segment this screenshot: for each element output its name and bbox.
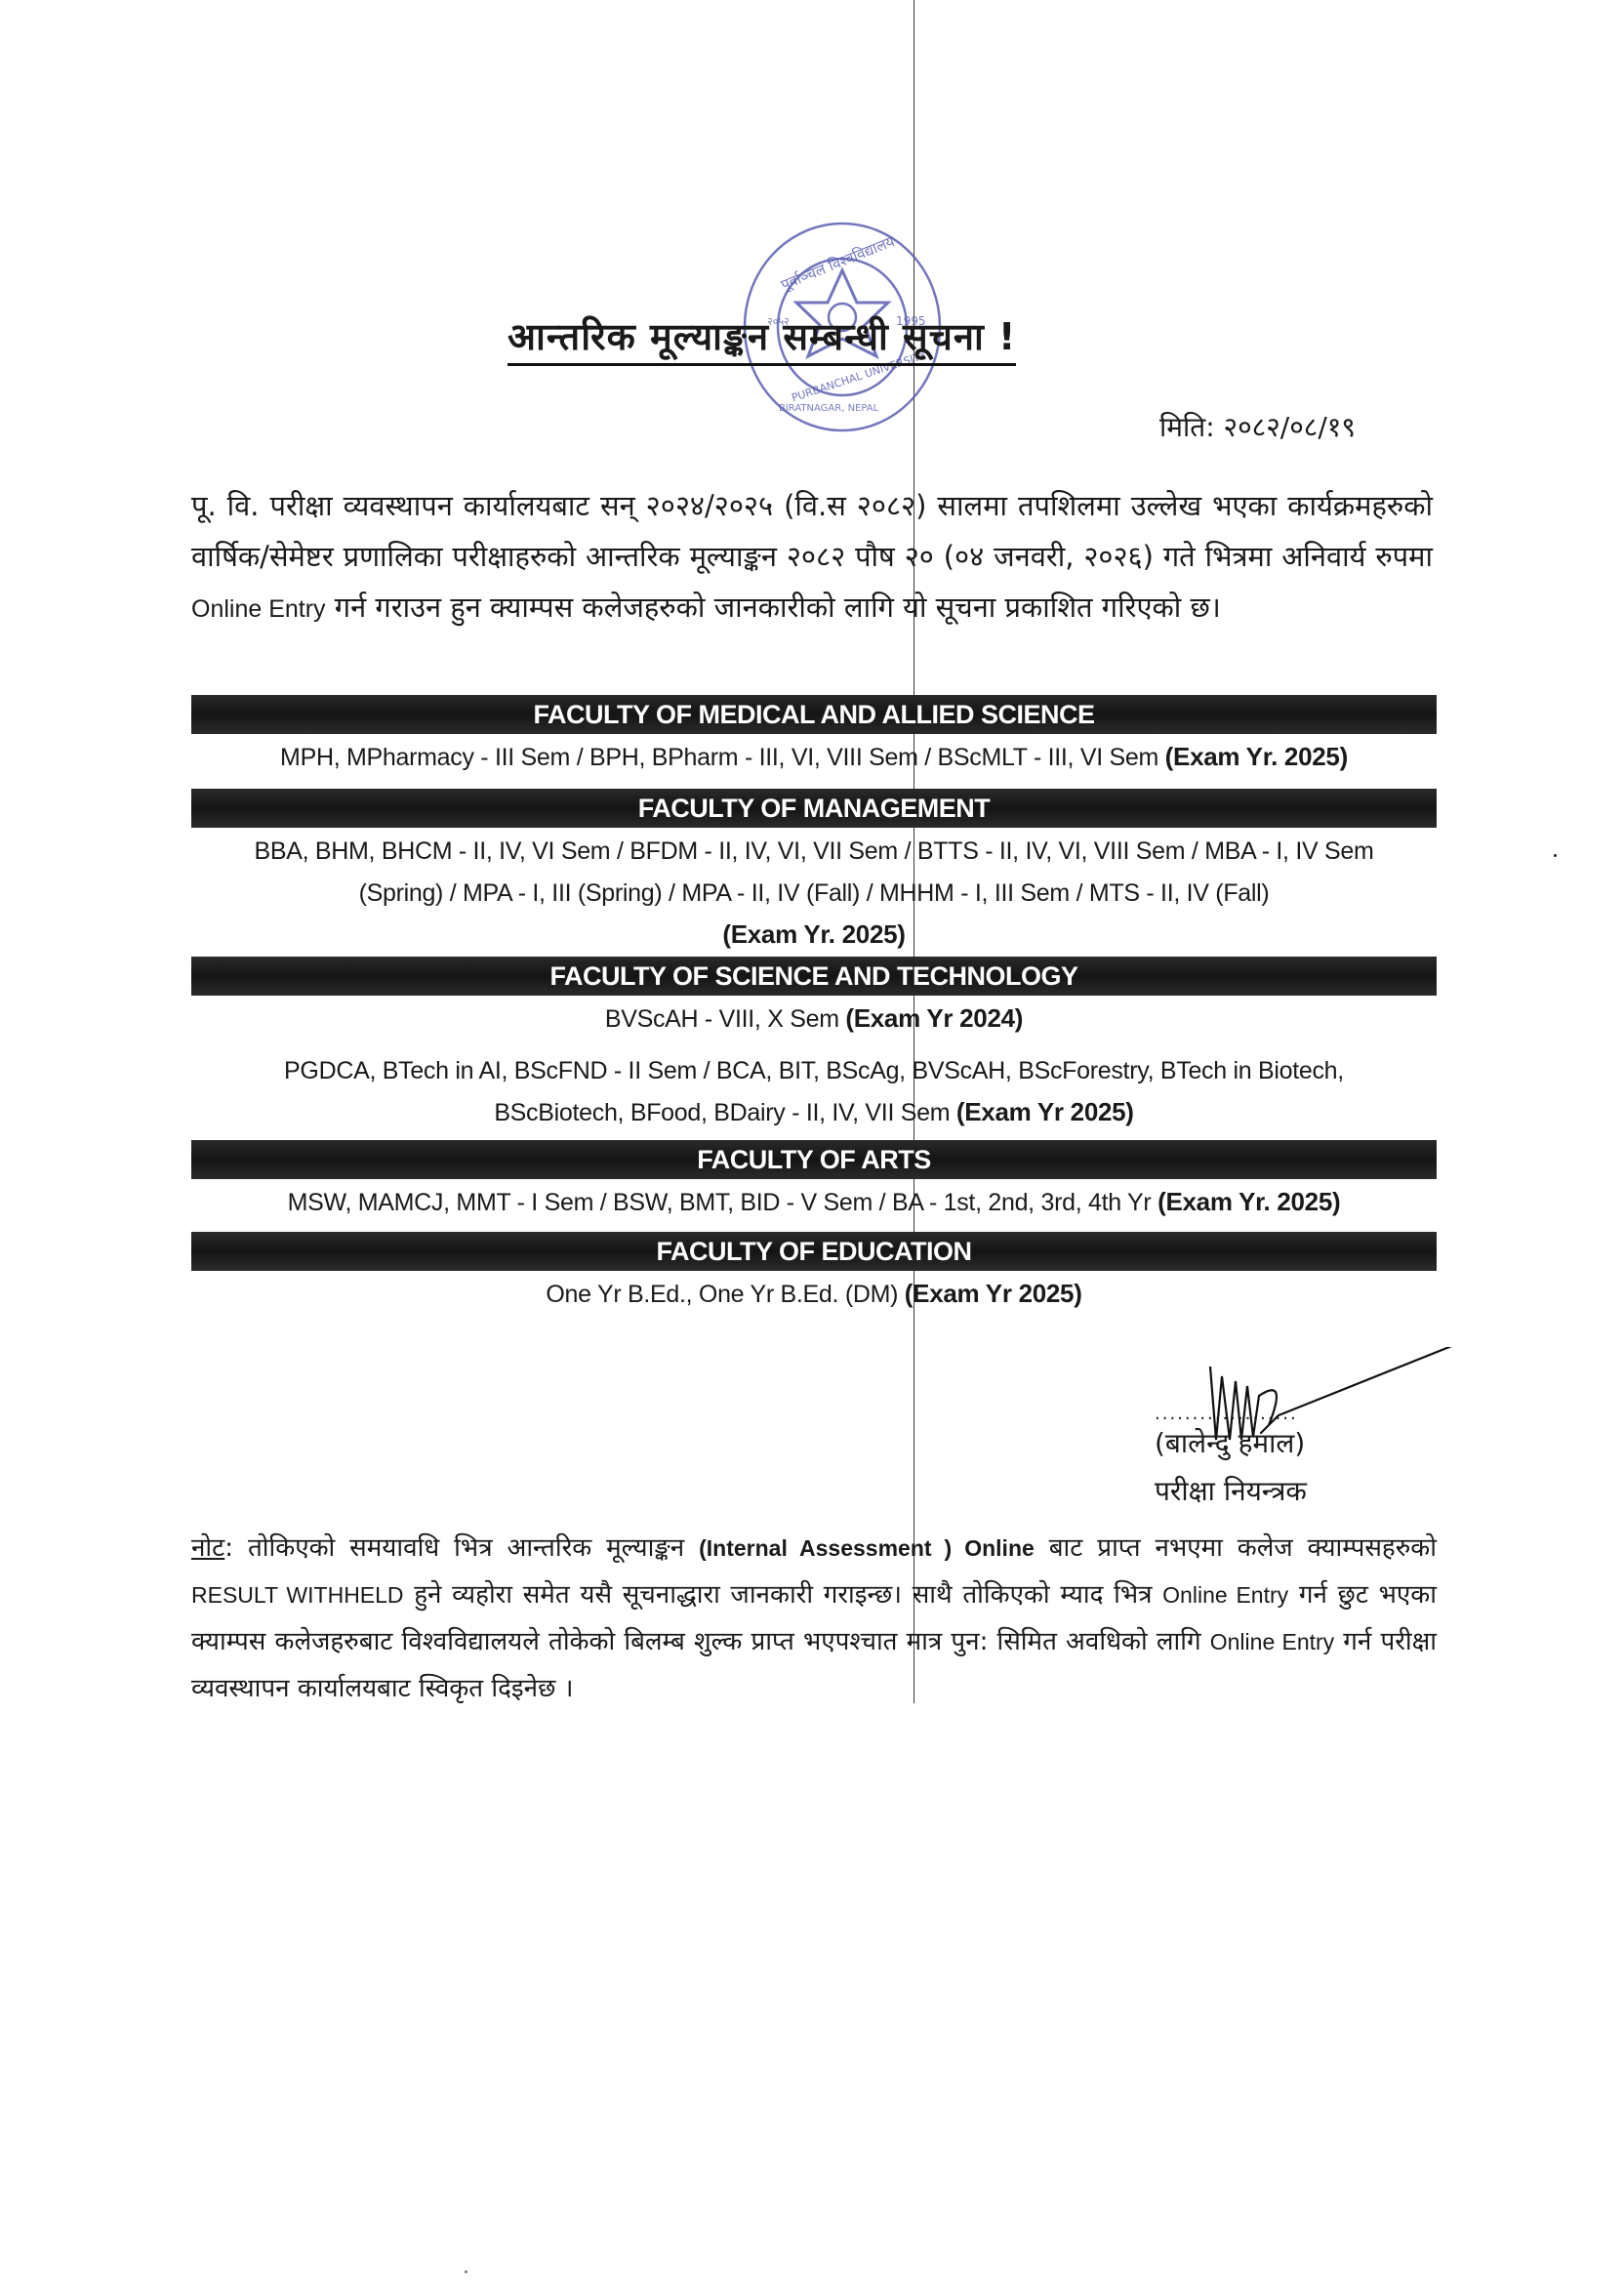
faculty-heading: FACULTY OF MANAGEMENT	[191, 789, 1437, 828]
exam-year: (Exam Yr. 2025)	[722, 919, 905, 949]
faculty-section: FACULTY OF MEDICAL AND ALLIED SCIENCEMPH…	[191, 695, 1437, 776]
scan-speck	[1554, 854, 1557, 857]
faculty-heading: FACULTY OF SCIENCE AND TECHNOLOGY	[191, 957, 1437, 996]
faculty-section: FACULTY OF EDUCATIONOne Yr B.Ed., One Yr…	[191, 1232, 1437, 1313]
exam-year: (Exam Yr 2025)	[956, 1097, 1134, 1126]
program-line: BVScAH - VIII, X Sem (Exam Yr 2024)	[191, 1000, 1437, 1038]
signatory-designation: परीक्षा नियन्त्रक	[1155, 1472, 1307, 1509]
program-line: MPH, MPharmacy - III Sem / BPH, BPharm -…	[191, 738, 1437, 776]
program-line: BBA, BHM, BHCM - II, IV, VI Sem / BFDM -…	[191, 832, 1437, 870]
program-line: (Exam Yr. 2025)	[191, 916, 1437, 954]
svg-text:BIRATNAGAR, NEPAL: BIRATNAGAR, NEPAL	[779, 403, 879, 414]
exam-year: (Exam Yr 2024)	[845, 1003, 1023, 1033]
note-label: नोट	[191, 1533, 224, 1563]
scan-speck	[465, 2270, 467, 2273]
faculty-section: FACULTY OF MANAGEMENTBBA, BHM, BHCM - II…	[191, 789, 1437, 954]
svg-text:पूर्वाञ्चल विश्वविद्यालय: पूर्वाञ्चल विश्वविद्यालय	[778, 232, 897, 295]
exam-year: (Exam Yr. 2025)	[1157, 1187, 1340, 1216]
exam-year: (Exam Yr 2025)	[905, 1279, 1082, 1308]
note-body: तोकिएको समयावधि भित्र आन्तरिक मूल्याङ्कन…	[191, 1533, 1437, 1703]
program-line: MSW, MAMCJ, MMT - I Sem / BSW, BMT, BID …	[191, 1183, 1437, 1221]
faculty-heading: FACULTY OF MEDICAL AND ALLIED SCIENCE	[191, 695, 1437, 734]
exam-year: (Exam Yr. 2025)	[1165, 742, 1348, 771]
faculty-heading: FACULTY OF EDUCATION	[191, 1232, 1437, 1271]
program-line: PGDCA, BTech in AI, BScFND - II Sem / BC…	[191, 1051, 1437, 1089]
notice-date: मिति: २०८२/०८/१९	[1159, 408, 1356, 445]
note-paragraph: नोट: तोकिएको समयावधि भित्र आन्तरिक मूल्य…	[191, 1525, 1437, 1712]
faculty-section: FACULTY OF ARTSMSW, MAMCJ, MMT - I Sem /…	[191, 1140, 1437, 1221]
program-line: One Yr B.Ed., One Yr B.Ed. (DM) (Exam Yr…	[191, 1275, 1437, 1313]
signatory-name: ................... (बालेन्दु हमाल)	[1155, 1425, 1305, 1461]
program-line: (Spring) / MPA - I, III (Spring) / MPA -…	[191, 874, 1437, 912]
program-line: BScBiotech, BFood, BDairy - II, IV, VII …	[191, 1093, 1437, 1131]
notice-intro-paragraph: पू. वि. परीक्षा व्यवस्थापन कार्यालयबाट स…	[191, 480, 1433, 634]
faculty-section: FACULTY OF SCIENCE AND TECHNOLOGYBVScAH …	[191, 957, 1437, 1131]
notice-title: आन्तरिक मूल्याङ्कन सम्बन्धी सूचना !	[507, 310, 1016, 366]
faculty-heading: FACULTY OF ARTS	[191, 1140, 1437, 1179]
